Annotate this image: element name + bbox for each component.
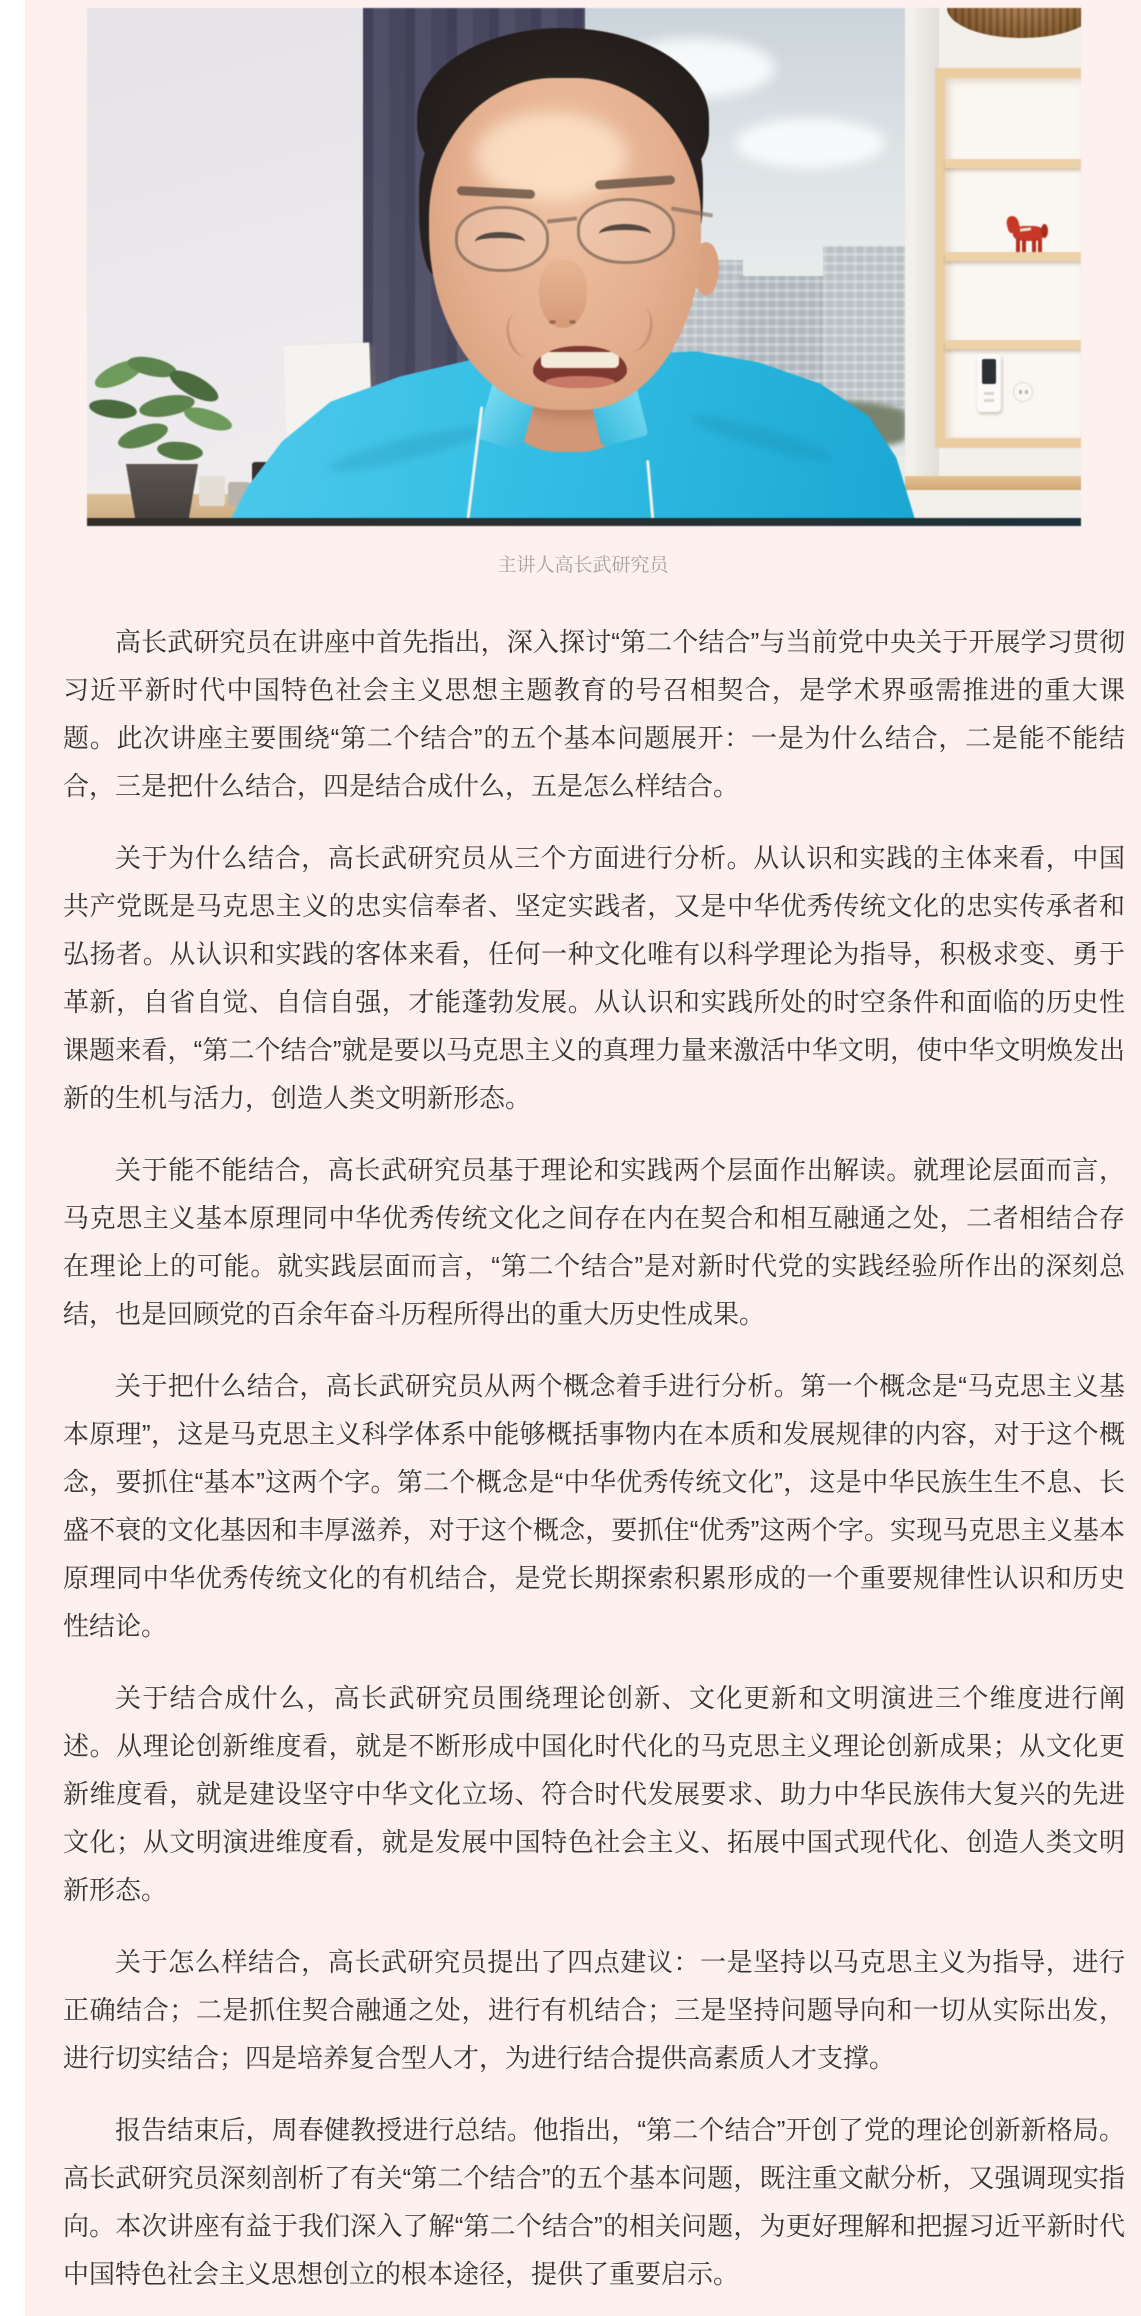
speaker-head [405,20,720,440]
horse-head [1005,215,1021,234]
intercom-slot [984,392,994,395]
leaf [181,403,234,436]
lower-lip [545,376,615,388]
leaf [156,440,204,463]
socket-pin [1019,390,1022,394]
article-paragraph: 关于结合成什么，高长武研究员围绕理论创新、文化更新和文明演进三个维度进行阐述。从… [63,1674,1125,1914]
horse-leg [1022,239,1026,252]
horse-tail [1041,224,1048,238]
nostril [549,320,556,324]
wall-intercom [977,354,1001,412]
article-paragraph: 报告结束后，周春健教授进行总结。他指出，“第二个结合”开创了党的理论创新新格局。… [63,2106,1125,2298]
wall-socket [1013,382,1033,402]
speaker-photo [87,0,1081,526]
intercom-slot [984,399,994,402]
article-paragraph: 关于能不能结合，高长武研究员基于理论和实践两个层面作出解读。就理论层面而言，马克… [63,1146,1125,1338]
photo-caption: 主讲人高长武研究员 [25,552,1141,580]
shelf-board [945,340,1081,349]
leaf [88,397,138,422]
horse-leg [1016,239,1020,252]
dala-horse-figurine [1005,216,1053,254]
article-paragraph: 高长武研究员在讲座中首先指出，深入探讨“第二个结合”与当前党中央关于开展学习贯彻… [63,618,1125,810]
nostril [569,320,576,324]
article-page: 主讲人高长武研究员 高长武研究员在讲座中首先指出，深入探讨“第二个结合”与当前党… [25,0,1141,2316]
article-paragraph: 关于为什么结合，高长武研究员从三个方面进行分析。从认识和实践的主体来看，中国共产… [63,834,1125,1122]
white-vase [199,476,225,506]
socket-pin [1025,390,1028,394]
horse-leg [1038,239,1042,252]
speaker-nose [539,260,587,328]
video-frame-bottom-bar [87,518,1081,526]
potted-plant-leaves [87,356,262,481]
article-paragraph: 关于把什么结合，高长武研究员从两个概念着手进行分析。第一个概念是“马克思主义基本… [63,1362,1125,1650]
article-body: 高长武研究员在讲座中首先指出，深入探讨“第二个结合”与当前党中央关于开展学习贯彻… [63,618,1125,2298]
horse-leg [1032,239,1036,252]
photo-scene [87,8,1081,526]
shelf-board [945,159,1081,168]
wood-trim [905,476,1081,490]
intercom-screen [982,359,996,384]
cloud [735,118,885,168]
article-paragraph: 关于怎么样结合，高长武研究员提出了四点建议：一是坚持以马克思主义为指导，进行正确… [63,1938,1125,2082]
speaker-mouth [533,346,627,388]
glasses-left-lens [455,206,549,272]
glasses-right-lens [577,198,675,264]
teeth [541,352,619,368]
